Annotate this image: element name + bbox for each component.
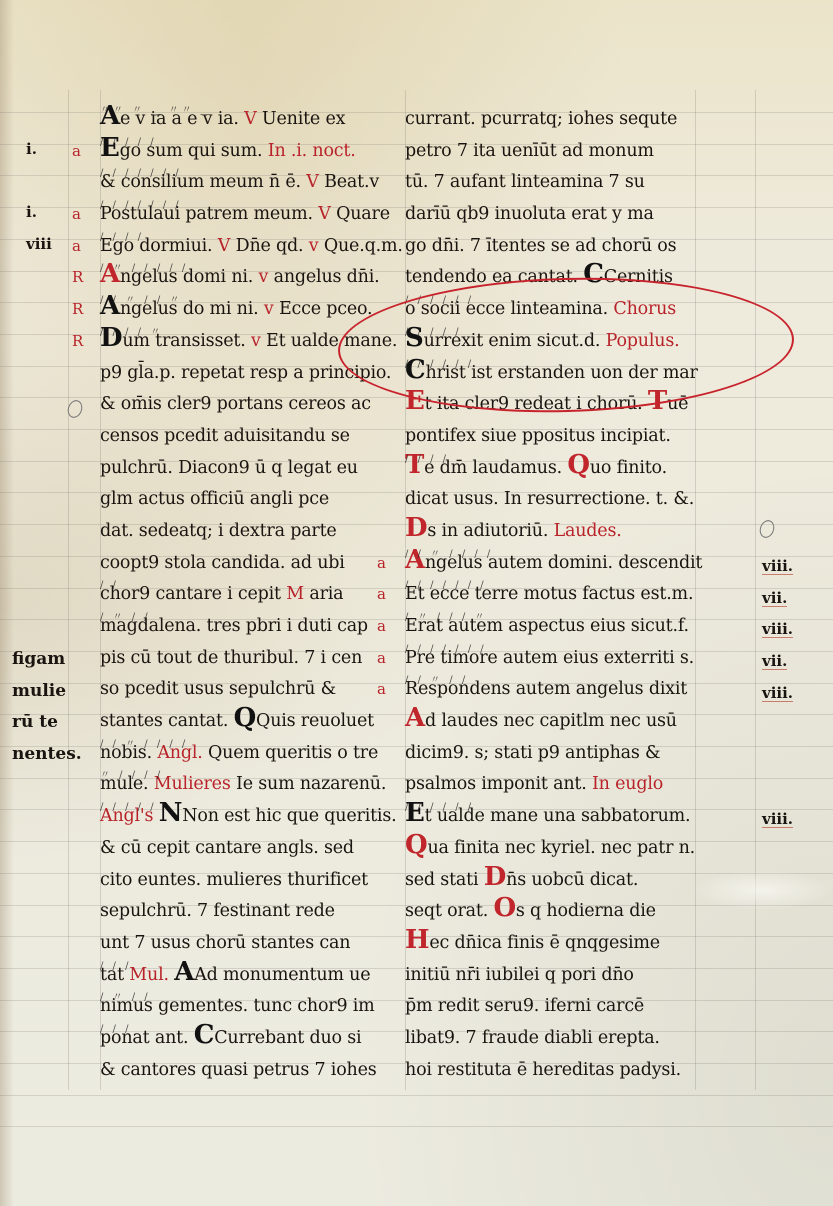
- text-segment: pis cū tout de thuribul. 7 i cen: [100, 648, 362, 668]
- vertical-ruling-right-margin: [755, 90, 756, 1090]
- text-line: / / / / /Angl's NNon est hic que queriti…: [100, 801, 400, 833]
- rubric-label: v: [264, 299, 274, 319]
- text-line: Ad laudes nec capitlm nec usū: [405, 706, 745, 738]
- neume-notation: / / / / 〃: [100, 317, 163, 349]
- text-line: glm actus officiū angli pce: [100, 484, 400, 516]
- antiphon-marker: a: [377, 674, 386, 706]
- text-line: & cantores quasi petrus 7 iohes: [100, 1055, 400, 1087]
- text-line: dicim9. s; stati p9 antiphas &: [405, 738, 745, 770]
- neume-notation: / / / / /: [100, 792, 157, 824]
- text-segment: & cantores quasi petrus 7 iohes: [100, 1060, 377, 1080]
- text-segment: p̄m redit seru9. iferni carcē: [405, 996, 644, 1016]
- initial-letter: N: [159, 798, 183, 828]
- text-segment: cito euntes. mulieres thurificet: [100, 870, 368, 890]
- text-line: hoi restituta ē hereditas padysi.: [405, 1055, 745, 1087]
- mode-number: vii.: [762, 590, 787, 607]
- parchment-crease: [690, 870, 833, 910]
- neume-notation: / 〃 / / / / /: [100, 253, 188, 285]
- initial-letter: O: [493, 893, 515, 923]
- rubric-label: v: [309, 236, 319, 256]
- ruling-line: [0, 1126, 833, 1127]
- text-line: pis cū tout de thuribul. 7 i cen: [100, 643, 400, 675]
- text-segment: Currebant duo si: [214, 1028, 361, 1048]
- text-line: / 〃 / /nimus gementes. tunc chor9 im: [100, 991, 400, 1023]
- text-line: sepulchrū. 7 festinant rede: [100, 896, 400, 928]
- text-line: so pcedit usus sepulchrū &: [100, 674, 400, 706]
- text-line: dat. sedeatq; i dextra parte: [100, 516, 400, 548]
- antiphon-marker: R: [72, 262, 83, 294]
- text-line: / / / /Te dm̄ laudamus. Quo finito.: [405, 453, 745, 485]
- rubric-label: In euglo: [592, 774, 663, 794]
- text-segment: initiū nr̄i iubilei q pori dn̄o: [405, 965, 634, 985]
- initial-letter: Q: [234, 703, 256, 733]
- marginal-note: figam: [12, 649, 65, 669]
- neume-notation: / / / / / / /: [100, 190, 182, 222]
- text-segment: tū. 7 aufant linteamina 7 su: [405, 172, 645, 192]
- text-segment: sed stati: [405, 870, 478, 890]
- antiphon-marker: a: [377, 643, 386, 675]
- marginal-note: rū te: [12, 712, 58, 732]
- rubric-label: v: [251, 331, 261, 351]
- text-line: p̄m redit seru9. iferni carcē: [405, 991, 745, 1023]
- text-segment: ua finita nec kyriel. nec patr n.: [427, 838, 695, 858]
- antiphon-marker: a: [72, 199, 81, 231]
- neume-notation: / / / / / / /: [100, 158, 182, 190]
- text-line: Qua finita nec kyriel. nec patr n.: [405, 833, 745, 865]
- text-segment: dicim9. s; stati p9 antiphas &: [405, 743, 660, 763]
- text-segment: Que.q.m.: [324, 236, 403, 256]
- binding-shadow: [0, 0, 14, 1206]
- mode-number: viii.: [762, 621, 793, 638]
- initial-letter: Q: [567, 450, 589, 480]
- neume-notation: / / 〃 / /: [405, 665, 468, 697]
- mode-number: viii.: [762, 558, 793, 575]
- marginal-note: mulie: [12, 681, 66, 701]
- text-segment: pulchrū. Diacon9 ū q legat eu: [100, 458, 358, 478]
- neume-notation: / / 〃 / / / /: [405, 539, 493, 571]
- neume-notation: / / /: [100, 951, 131, 983]
- rubric-label: V: [244, 109, 256, 129]
- text-segment: so pcedit usus sepulchrū &: [100, 679, 336, 699]
- antiphon-marker: a: [377, 579, 386, 611]
- text-line: / / / / / / /aPostulaui patrem meum. V Q…: [100, 199, 400, 231]
- text-line: / 〃 / /magdalena. tres pbri i duti cap: [100, 611, 400, 643]
- text-line: tū. 7 aufant linteamina 7 su: [405, 167, 745, 199]
- neume-notation: / /: [100, 570, 119, 602]
- text-segment: d laudes nec capitlm nec usū: [425, 711, 677, 731]
- text-segment: Ecce pceo.: [279, 299, 372, 319]
- text-line: censos pcedit aduisitandu se: [100, 421, 400, 453]
- antiphon-marker: a: [377, 611, 386, 643]
- text-segment: Quare: [336, 204, 390, 224]
- rubric-label: Laudes.: [554, 521, 622, 541]
- rubric-label: Mulieres: [154, 774, 231, 794]
- text-segment: dicat usus. In resurrectione. t. &.: [405, 489, 694, 509]
- text-line: Hec dn̄ica finis ē qnqgesime: [405, 928, 745, 960]
- text-line: currant. pcurratq; iohes sequte: [405, 104, 745, 136]
- text-line: / / 〃 / /aRespondens autem angelus dixit: [405, 674, 745, 706]
- text-segment: petro 7 ita uenīūt ad monum: [405, 141, 654, 161]
- left-text-column: 〃〃 〃 ‿ 〃〃 ‿Ae v ia a e v ia. V Uenite ex…: [100, 104, 400, 1086]
- text-segment: darīū qb9 inuoluta erat y ma: [405, 204, 654, 224]
- text-segment: Dn̄e qd.: [236, 236, 304, 256]
- text-segment: currant. pcurratq; iohes sequte: [405, 109, 677, 129]
- text-segment: Ie sum nazarenū.: [236, 774, 386, 794]
- text-line: & cū cepit cantare angls. sed: [100, 833, 400, 865]
- text-segment: n̄s uobcū dicat.: [506, 870, 638, 890]
- neume-notation: 〃〃 〃 ‿ 〃〃 ‿: [100, 95, 212, 127]
- neume-notation: / 〃 / /: [100, 982, 151, 1014]
- mode-number: viii: [26, 235, 52, 253]
- neume-notation: 〃 / / / /: [100, 760, 163, 792]
- initial-letter: C: [194, 1020, 215, 1050]
- pencil-mark: [757, 518, 776, 540]
- neume-notation: / / / /: [405, 444, 449, 476]
- initial-letter: D: [484, 862, 506, 892]
- text-segment: Uenite ex: [262, 109, 345, 129]
- mode-number: viii.: [762, 811, 793, 828]
- text-segment: angelus dn̄i.: [274, 267, 380, 287]
- text-line: libat9. 7 fraude diabli erepta.: [405, 1023, 745, 1055]
- mode-number: i.: [26, 203, 37, 221]
- initial-letter: A: [174, 957, 194, 987]
- text-segment: Quis reuoluet: [256, 711, 374, 731]
- neume-notation: / / / / / / /: [405, 570, 487, 602]
- neume-notation: / / / / / /: [405, 792, 474, 824]
- text-segment: glm actus officiū angli pce: [100, 489, 329, 509]
- text-segment: Ad monumentum ue: [194, 965, 370, 985]
- antiphon-marker: R: [72, 326, 83, 358]
- neume-notation: / / 〃 / / / /: [100, 729, 188, 761]
- antiphon-marker: R: [72, 294, 83, 326]
- neume-notation: / / / /: [100, 222, 144, 254]
- text-segment: uo finito.: [590, 458, 667, 478]
- text-segment: sepulchrū. 7 festinant rede: [100, 901, 335, 921]
- text-line: / / /ponat ant. CCurrebant duo si: [100, 1023, 400, 1055]
- ruling-line: [0, 1095, 833, 1096]
- text-segment: aria: [309, 584, 343, 604]
- text-segment: seqt orat.: [405, 901, 488, 921]
- initial-letter: A: [405, 703, 425, 733]
- vertical-ruling-left-margin: [68, 90, 69, 1090]
- text-line: darīū qb9 inuoluta erat y ma: [405, 199, 745, 231]
- neume-notation: / / / / / / /: [405, 634, 487, 666]
- text-segment: ec dn̄ica finis ē qnqgesime: [429, 933, 660, 953]
- text-line: unt 7 usus chorū stantes can: [100, 928, 400, 960]
- neume-notation: / / /: [100, 1014, 131, 1046]
- text-segment: Beat.v: [324, 172, 379, 192]
- text-segment: coopt9 stola candida. ad ubi: [100, 553, 345, 573]
- neume-notation: / 〃 / /: [100, 602, 151, 634]
- mode-number: viii.: [762, 685, 793, 702]
- text-segment: dat. sedeatq; i dextra parte: [100, 521, 337, 541]
- text-segment: Quem queritis o tre: [208, 743, 378, 763]
- mode-number: vii.: [762, 653, 787, 670]
- rubric-label: V: [318, 204, 330, 224]
- right-text-column: currant. pcurratq; iohes sequtepetro 7 i…: [405, 104, 745, 1086]
- text-segment: & om̄is cler9 portans cereos ac: [100, 394, 371, 414]
- text-segment: go dn̄i. 7 ītentes se ad chorū os: [405, 236, 676, 256]
- text-segment: libat9. 7 fraude diabli erepta.: [405, 1028, 660, 1048]
- text-line: initiū nr̄i iubilei q pori dn̄o: [405, 960, 745, 992]
- marginal-note: nentes.: [12, 744, 82, 764]
- initial-letter: H: [405, 925, 429, 955]
- antiphon-marker: a: [72, 136, 81, 168]
- text-line: petro 7 ita uenīūt ad monum: [405, 136, 745, 168]
- antiphon-marker: a: [72, 231, 81, 263]
- rubric-label: M: [286, 584, 304, 604]
- neume-notation: / / 〃 / / 〃: [100, 285, 182, 317]
- text-line: pontifex siue ppositus incipiat.: [405, 421, 745, 453]
- text-segment: unt 7 usus chorū stantes can: [100, 933, 350, 953]
- text-line: coopt9 stola candida. ad ubi: [100, 548, 400, 580]
- rubric-label: V: [218, 236, 230, 256]
- text-segment: hoi restituta ē hereditas padysi.: [405, 1060, 681, 1080]
- text-segment: censos pcedit aduisitandu se: [100, 426, 350, 446]
- rubric-label: V: [306, 172, 318, 192]
- text-segment: Non est hic que queritis.: [182, 806, 396, 826]
- manuscript-page: i.i.viiifigammulierū tenentes. viii.vii.…: [0, 0, 833, 1206]
- rubric-label: v: [259, 267, 269, 287]
- text-line: go dn̄i. 7 ītentes se ad chorū os: [405, 231, 745, 263]
- text-segment: s q hodierna die: [516, 901, 656, 921]
- rubric-label: In .i. noct.: [268, 141, 356, 161]
- text-segment: & cū cepit cantare angls. sed: [100, 838, 354, 858]
- text-line: & om̄is cler9 portans cereos ac: [100, 389, 400, 421]
- initial-letter: Q: [405, 830, 427, 860]
- text-line: dicat usus. In resurrectione. t. &.: [405, 484, 745, 516]
- neume-notation: / 〃 / / / 〃: [405, 602, 487, 634]
- antiphon-marker: a: [377, 548, 386, 580]
- neume-notation: / / / / /: [100, 127, 157, 159]
- mode-number: i.: [26, 140, 37, 158]
- text-line: cito euntes. mulieres thurificet: [100, 865, 400, 897]
- text-line: pulchrū. Diacon9 ū q legat eu: [100, 453, 400, 485]
- text-line: / / / / / /Et ualde mane una sabbatorum.: [405, 801, 745, 833]
